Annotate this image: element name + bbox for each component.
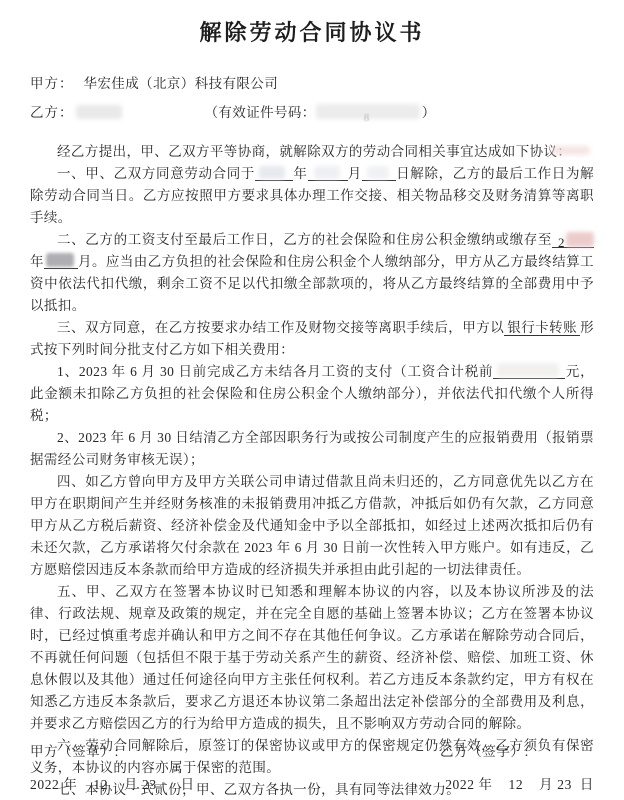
stray-pink-smudge (552, 146, 590, 155)
month-unit: 月。 (78, 254, 106, 269)
clause-2-text: 二、乙方的工资支付至最后工作日，乙方的社会保险和住房公积金缴纳或缴存至 (57, 232, 552, 247)
party-b-line: 乙方：（有效证件号码：8） (30, 98, 594, 127)
party-b-label: 乙方： (30, 105, 74, 120)
clause-1: 一、甲、乙双方同意劳动合同于年月日解除，乙方的最后工作日为解除劳动合同当日。乙方… (30, 163, 594, 229)
party-b-id-redacted: 8 (316, 104, 422, 120)
redaction-blur-gray (46, 253, 74, 267)
year-digit: 2 (552, 235, 565, 250)
clause-2: 二、乙方的工资支付至最后工作日，乙方的社会保险和住房公积金缴纳或缴存至2年月。应… (30, 229, 594, 317)
intro-paragraph: 经乙方提出，甲、乙双方平等协商，就解除双方的劳动合同相关事宜达成如下协议： (30, 141, 594, 163)
clause-4: 四、如乙方曾向甲方及甲方关联公司申请过借款且尚未归还的，乙方同意优先以乙方在甲方… (30, 471, 594, 581)
agreement-body: 经乙方提出，甲、乙双方平等协商，就解除双方的劳动合同相关事宜达成如下协议： 一、… (30, 141, 594, 800)
redaction-blur (76, 105, 122, 119)
id-faint-digit: 8 (364, 104, 370, 133)
party-b-sign-label: 乙方（签字）: (440, 740, 529, 760)
party-a-label: 甲方： (30, 76, 74, 91)
insurance-month-blank (44, 253, 78, 269)
party-b-sign-date: 2022 年 12 月 23 日 (445, 773, 594, 793)
clause-3-text: 三、双方同意，在乙方按要求办结工作及财物交接等离职手续后，甲方以 (57, 320, 504, 335)
year-unit: 年 (293, 166, 307, 181)
redaction-blur (367, 166, 389, 179)
clause-2-text: 应当由乙方负担的社会保险和住房公积金个人缴纳部分，甲方从乙方最终结算工资中依法代… (30, 254, 594, 313)
salary-amount-blank (493, 363, 565, 379)
party-b-name-redacted (74, 104, 205, 120)
payment-item-1: 1、2023 年 6 月 30 日前完成乙方未结各月工资的支付（工资合计税前元，… (30, 361, 594, 427)
party-b-id-close: ） (422, 105, 436, 120)
redaction-blur (259, 166, 285, 179)
signature-section: 甲方（签章）: 乙方（签字）: 2022 年 12 月 23 日 2022 年 … (30, 740, 594, 793)
termination-year-blank (255, 165, 293, 181)
redaction-blur (314, 166, 340, 179)
redaction-blur-pink (566, 232, 594, 247)
party-a-line: 甲方：华宏佳成（北京）科技有限公司 (30, 69, 594, 98)
redaction-blur (497, 363, 559, 377)
parties-section: 甲方：华宏佳成（北京）科技有限公司 乙方：（有效证件号码：8） (30, 69, 594, 127)
party-a-sign-label: 甲方（签章）: (30, 740, 119, 760)
insurance-year-blank: 2 (552, 232, 594, 248)
payment-item-2: 2、2023 年 6 月 30 日结清乙方全部因职务行为或按公司制度产生的应报销… (30, 427, 594, 471)
termination-day-blank (362, 165, 396, 181)
signature-labels-row: 甲方（签章）: 乙方（签字）: (30, 740, 594, 760)
item-1-text: 1、2023 年 6 月 30 日前完成乙方未结各月工资的支付（工资合计税前 (57, 364, 493, 379)
signature-dates-row: 2022 年 12 月 23 日 2022 年 12 月 23 日 (30, 773, 594, 793)
month-unit: 月 (348, 166, 362, 181)
party-a-sign-date: 2022 年 12 月 23 日 (30, 773, 195, 793)
termination-month-blank (308, 165, 348, 181)
termination-agreement-document: 解除劳动合同协议书 甲方：华宏佳成（北京）科技有限公司 乙方：（有效证件号码：8… (0, 0, 624, 800)
clause-1-text: 一、甲、乙双方同意劳动合同于 (57, 166, 255, 181)
party-b-id-label: （有效证件号码： (205, 105, 316, 120)
year-unit: 年 (30, 254, 44, 269)
clause-5: 五、甲、乙双方在签署本协议时已知悉和理解本协议的内容，以及本协议所涉及的法律、行… (30, 581, 594, 735)
payment-method-term: 银行卡转账 (504, 320, 580, 336)
clause-3: 三、双方同意，在乙方按要求办结工作及财物交接等离职手续后，甲方以银行卡转账形式按… (30, 317, 594, 361)
page-title: 解除劳动合同协议书 (30, 16, 594, 47)
party-a-name: 华宏佳成（北京）科技有限公司 (84, 76, 279, 91)
